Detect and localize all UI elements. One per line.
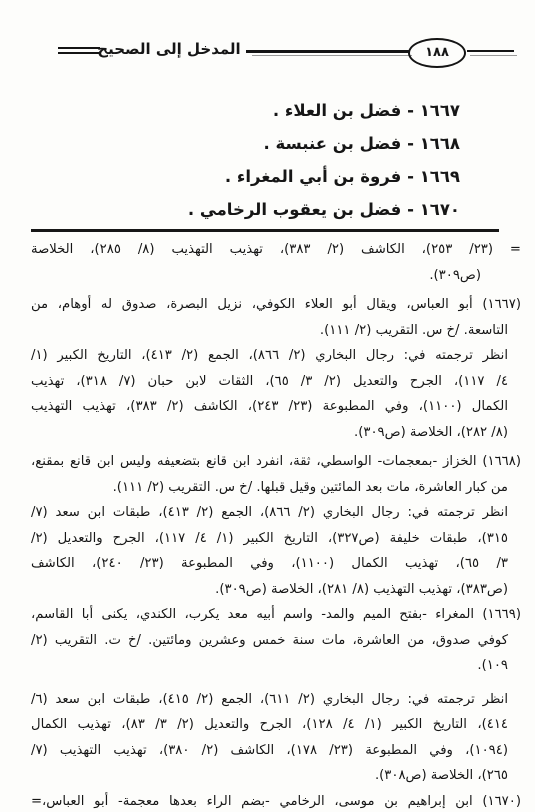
footnote-line: ٣/ ٦٥)، تهذيب الكمال (١١٠٠)، وفي المطبوع…	[31, 551, 521, 577]
footnote-line: (١٦٦٨) الخزاز -بمعجمات- الواسطي، ثقة، ان…	[31, 449, 521, 475]
page-number-badge: ١٨٨	[408, 38, 466, 68]
entry-item: ١٦٦٨ - فضل بن عنبسة .	[60, 127, 460, 160]
footnote-line: ٤١٤)، التاريخ الكبير (١/ ٤/ ١٢٨)، الجرح …	[31, 712, 521, 738]
header-left-rule-top	[58, 47, 100, 49]
footnote-line: الكمال (١١٠٠)، وفي المطبوعة (٢٣/ ٢٤٣)، ا…	[31, 394, 521, 420]
header-long-rule	[246, 50, 409, 53]
header-right-rule-bottom	[470, 55, 517, 56]
book-page: المدخل إلى الصحيح ١٨٨ ١٦٦٧ - فضل بن العل…	[0, 0, 535, 812]
footnote-line: من كبار العاشرة، مات بعد المائتين وقيل ق…	[31, 475, 521, 501]
header-right-rule-top	[467, 50, 514, 52]
footnote-line: (ص٣٠٩).	[31, 263, 521, 289]
footnote-line: انظر ترجمته في: رجال البخاري (٢/ ٨٦٦)، ا…	[31, 500, 521, 526]
footnote-line: (١٦٦٩) المغراء -بفتح الميم والمد- واسم أ…	[31, 602, 521, 628]
footnote-line: التاسعة. /خ س. التقريب (٢/ ١١١).	[31, 318, 521, 344]
entry-item: ١٦٦٩ - فروة بن أبي المغراء .	[60, 160, 460, 193]
entry-item: ١٦٦٧ - فضل بن العلاء .	[60, 94, 460, 127]
footnote-line: انظر ترجمته في: رجال البخاري (٢/ ٨٦٦)، ا…	[31, 343, 521, 369]
footnote-line: (١٦٦٧) أبو العباس، ويقال أبو العلاء الكو…	[31, 292, 521, 318]
footnote-line: ١٠٩).	[31, 653, 521, 679]
footnote-line: ٤/ ١١٧)، الجرح والتعديل (٢/ ٣/ ٦٥)، الثق…	[31, 369, 521, 395]
footnotes-section: = (٢٣/ ٢٥٣)، الكاشف (٢/ ٣٨٣)، تهذيب الته…	[31, 237, 521, 812]
entries-list: ١٦٦٧ - فضل بن العلاء . ١٦٦٨ - فضل بن عنب…	[60, 94, 460, 226]
footnote-separator-rule	[31, 229, 499, 232]
entry-item: ١٦٧٠ - فضل بن يعقوب الرخامي .	[60, 193, 460, 226]
footnote-line: (ص٣٨٣)، تهذيب التهذيب (٨/ ٢٨١)، الخلاصة …	[31, 577, 521, 603]
header-left-rule-bottom	[58, 52, 100, 54]
footnote-line: انظر ترجمته في: رجال البخاري (٢/ ٦١١)، ا…	[31, 687, 521, 713]
footnote-line: (٨/ ٢٨٢)، الخلاصة (ص٣٠٩).	[31, 420, 521, 446]
header-long-rule-echo	[252, 55, 412, 56]
footnote-line: = (٢٣/ ٢٥٣)، الكاشف (٢/ ٣٨٣)، تهذيب الته…	[31, 237, 521, 263]
footnote-line: (١٠٩٤)، وفي المطبوعة (٢٣/ ١٧٨)، الكاشف (…	[31, 738, 521, 764]
book-title: المدخل إلى الصحيح	[95, 38, 243, 60]
footnote-line: كوفي صدوق، من العاشرة، مات سنة خمس وعشري…	[31, 628, 521, 654]
footnote-line: ٢٦٥)، الخلاصة (ص٣٠٨).	[31, 763, 521, 789]
page-number: ١٨٨	[425, 45, 449, 60]
footnote-line: ٣١٥)، طبقات خليفة (ص٣٢٧)، التاريخ الكبير…	[31, 526, 521, 552]
footnote-line: (١٦٧٠) ابن إبراهيم بن موسى، الرخامي -بضم…	[31, 789, 521, 812]
